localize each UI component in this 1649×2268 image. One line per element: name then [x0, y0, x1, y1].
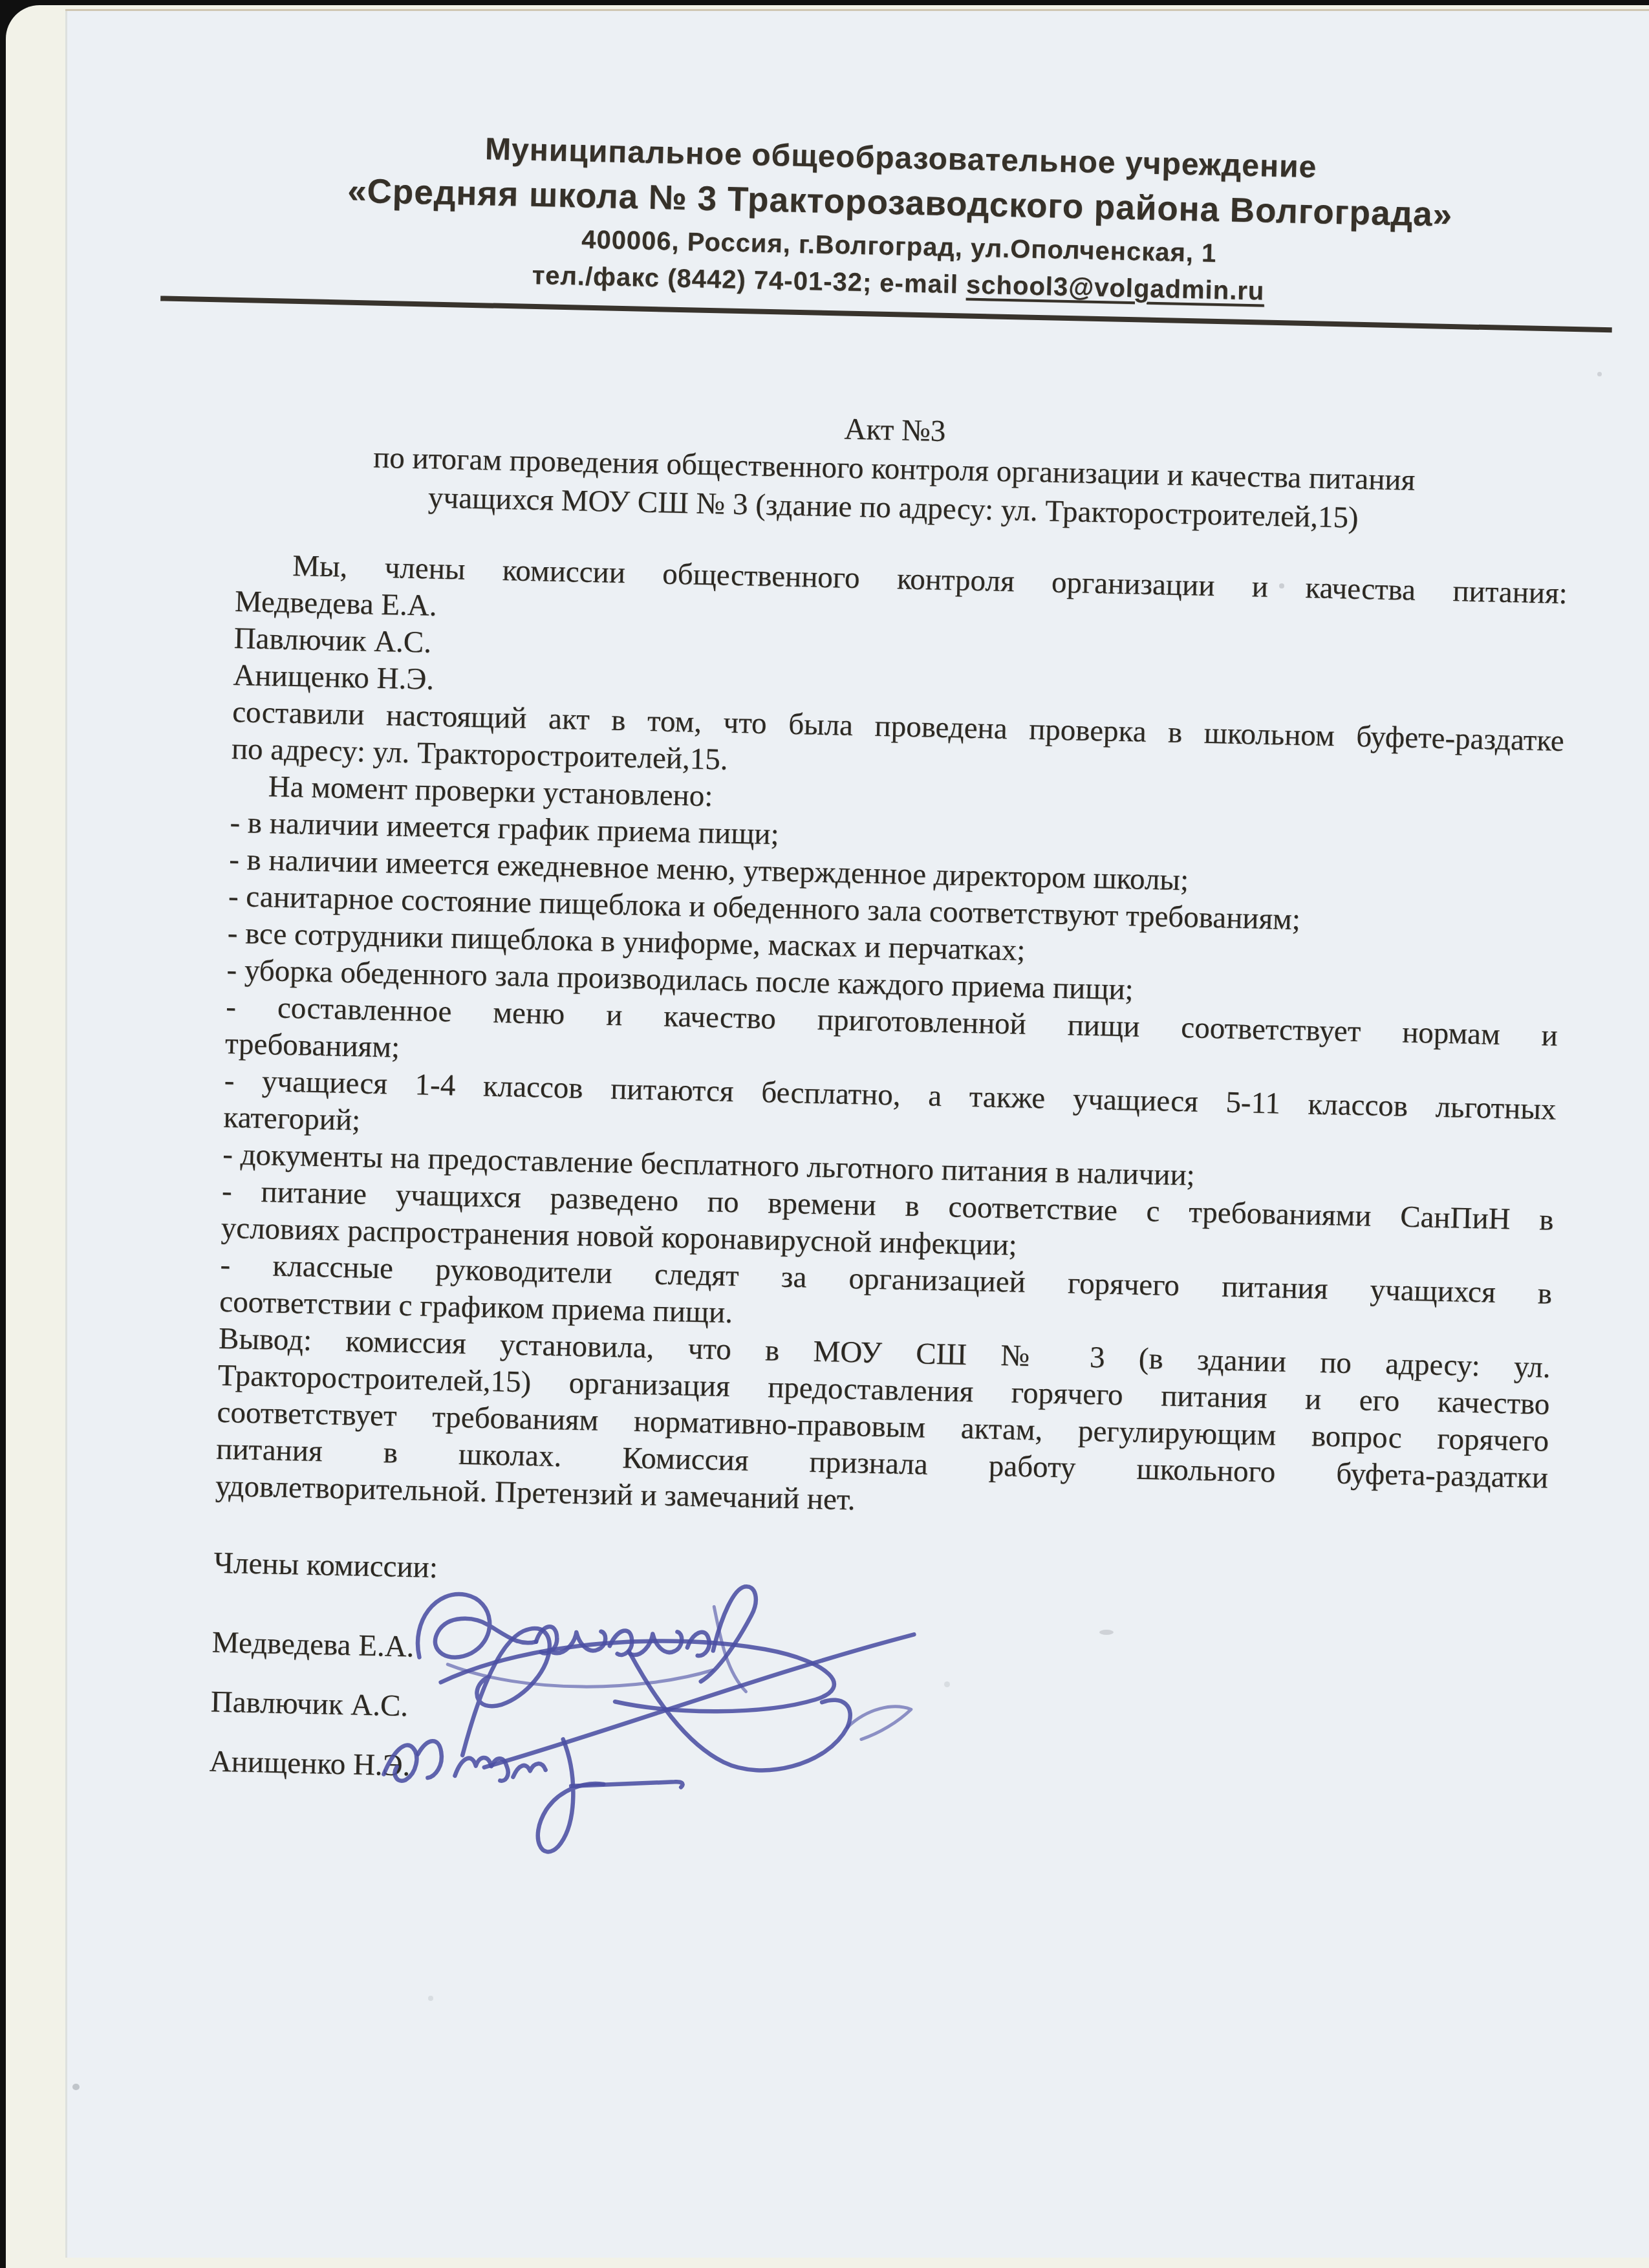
act-title-block: Акт №3 по итогам проведения общественног… [172, 395, 1616, 543]
scanned-document: Муниципальное общеобразовательное учрежд… [0, 0, 1649, 2268]
scan-speck [1099, 1630, 1114, 1635]
signer-name-medvedeva: Медведева Е.А. [211, 1624, 415, 1665]
signer-name-pavlyuchik: Павлючик А.С. [210, 1683, 408, 1725]
letterhead-email: school3@volgadmin.ru [966, 271, 1265, 306]
scan-speck [944, 1681, 950, 1687]
scan-speck [428, 1996, 433, 2001]
letterhead-phone: тел./факс (8442) 74-01-32; e-mail [532, 261, 966, 299]
signer-name-anishchenko: Анищенко Н.Э. [209, 1743, 411, 1784]
commission-members-label: Члены комиссии: [213, 1545, 1546, 1611]
letterhead: Муниципальное общеобразовательное учрежд… [177, 123, 1622, 333]
act-body: Мы, члены комиссии общественного контрол… [209, 546, 1568, 1820]
document-content: Муниципальное общеобразовательное учрежд… [144, 97, 1623, 1821]
scan-speck [72, 2084, 80, 2090]
scan-speck [1279, 583, 1284, 589]
scan-speck [1597, 372, 1602, 376]
